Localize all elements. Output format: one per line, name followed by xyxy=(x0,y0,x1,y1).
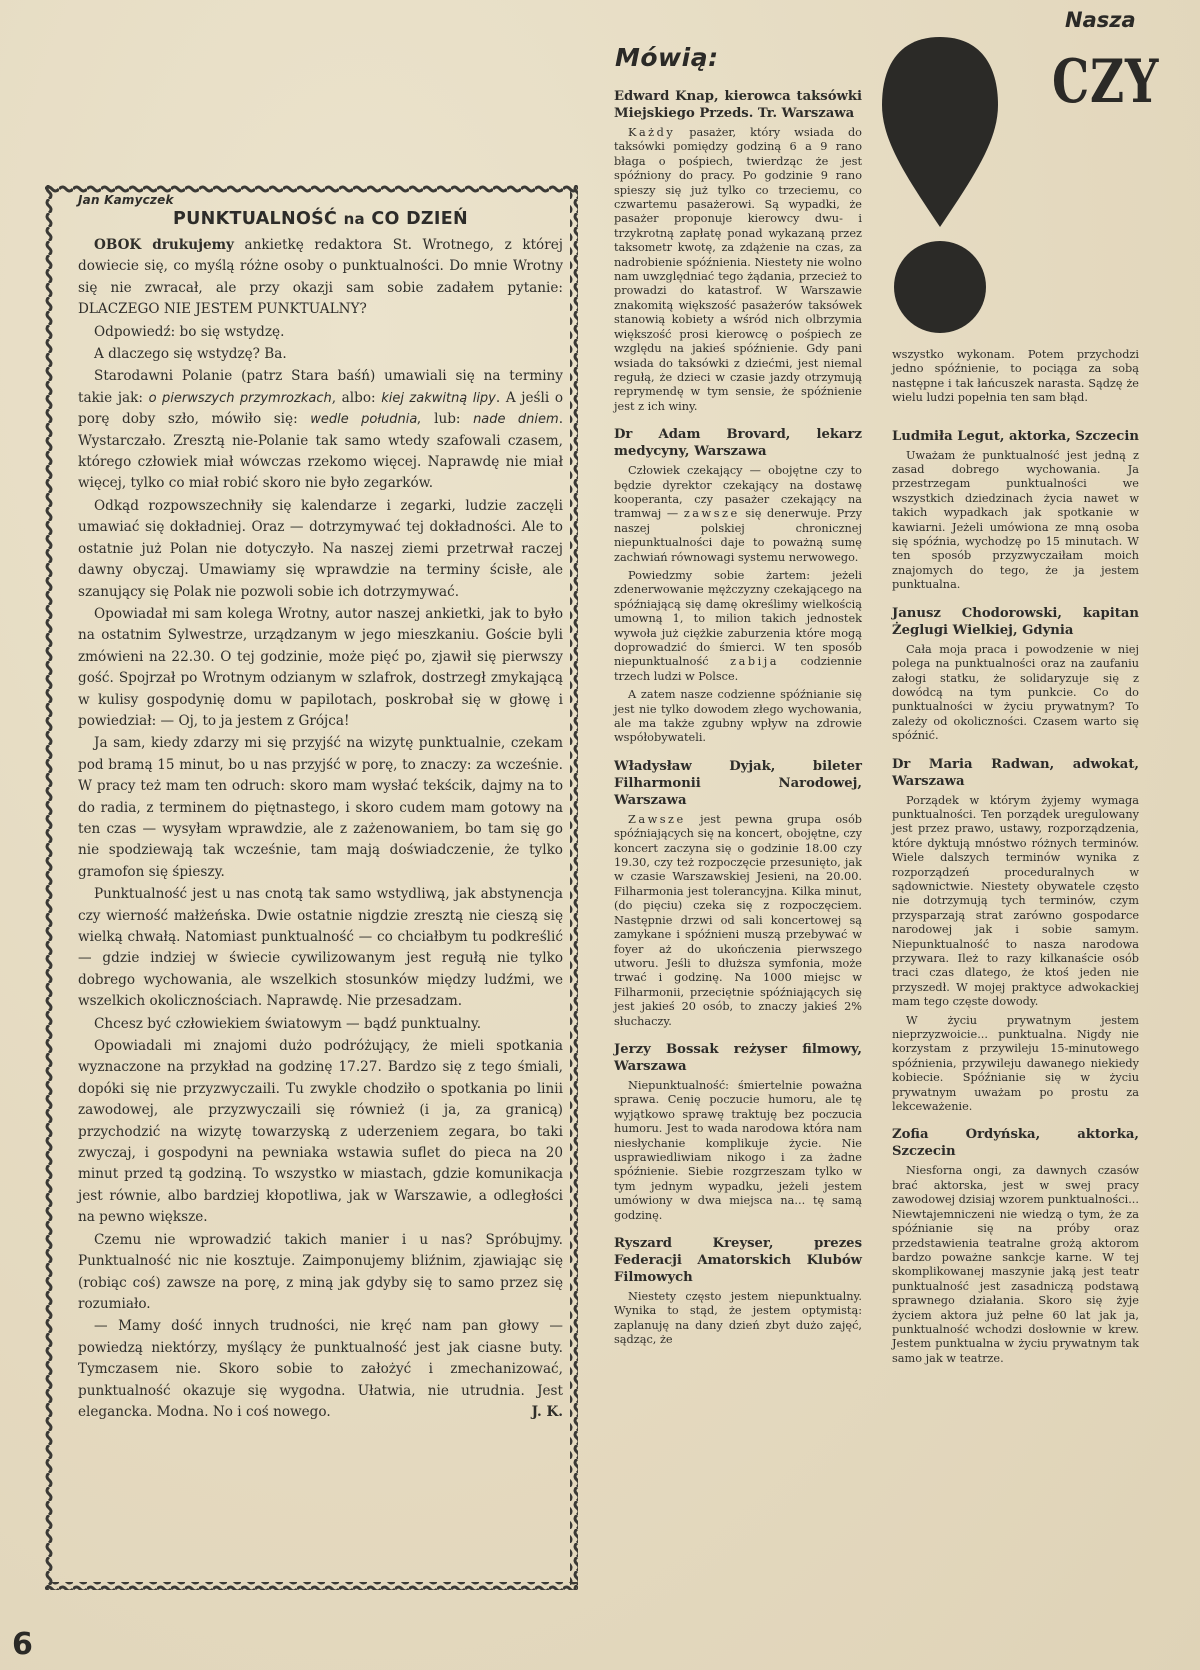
article-paragraph: Czemu nie wprowadzić takich manier i u n… xyxy=(78,1230,563,1316)
italic-phrase: wedle południa, xyxy=(310,412,421,427)
respondent-name: Zofia Ordyńska, aktorka, Szczecin xyxy=(892,1126,1139,1160)
respondent-answer: Uważam że punktualność jest jedną z zasa… xyxy=(892,449,1139,593)
article-paragraph: A dlaczego się wstydzę? Ba. xyxy=(78,344,563,365)
respondent-answer: Cała moja praca i powodzenie w niej pole… xyxy=(892,643,1139,744)
respondent-name: Ludmiła Legut, aktorka, Szczecin xyxy=(892,428,1139,445)
article-paragraph: Opowiadali mi znajomi dużo podróżujący, … xyxy=(78,1036,563,1229)
masthead-kicker: Nasza xyxy=(1065,8,1136,32)
article-signature: J. K. xyxy=(516,1402,563,1423)
article-paragraph: OBOK drukujemy ankietkę redaktora St. Wr… xyxy=(78,235,563,321)
respondent-name: Janusz Chodorowski, kapitan Żeglugi Wiel… xyxy=(892,605,1139,639)
answer-text: Powiedzmy sobie żartem: jeżeli zdenerwow… xyxy=(614,569,862,668)
exclamation-mark-icon xyxy=(880,35,1000,335)
spaced-word: zabija xyxy=(730,655,779,668)
respondent-answer: Niesforna ongi, za dawnych czasów brać a… xyxy=(892,1164,1139,1366)
italic-phrase: nade dniem xyxy=(473,412,559,427)
respondent-name: Edward Knap, kierowca taksówki Miejskieg… xyxy=(614,88,862,122)
respondent-answer: Niepunktualność: śmiertelnie poważna spr… xyxy=(614,1079,862,1223)
respondent-answer: A zatem nasze codzienne spóźnianie się j… xyxy=(614,688,862,746)
respondent-answer: Zawsze jest pewna grupa osób spóźniający… xyxy=(614,813,862,1029)
spaced-word: Każdy xyxy=(628,126,675,139)
respondent-name: Jerzy Bossak reżyser filmowy, Warszawa xyxy=(614,1041,862,1075)
article-box: Jan Kamyczek PUNKTUALNOŚĆ na CO DZIEŃ OB… xyxy=(45,185,578,1590)
article-title: PUNKTUALNOŚĆ na CO DZIEŃ xyxy=(78,209,563,229)
title-part: CO DZIEŃ xyxy=(371,209,468,229)
respondent-answer: Człowiek czekający — obojętne czy to będ… xyxy=(614,464,862,565)
italic-phrase: o pierwszych przymrozkach xyxy=(149,391,332,406)
respondent-answer: Niestety często jestem niepunktualny. Wy… xyxy=(614,1290,862,1348)
survey-column-middle: Edward Knap, kierowca taksówki Miejskieg… xyxy=(614,88,862,1348)
paragraph-text: , albo: xyxy=(332,390,382,406)
respondent-name: Ryszard Kreyser, prezes Federacji Amator… xyxy=(614,1235,862,1286)
title-part: PUNKTUALNOŚĆ xyxy=(173,209,337,229)
article-author: Jan Kamyczek xyxy=(78,193,563,207)
paragraph-text: lub: xyxy=(422,411,474,427)
article-paragraph: Opowiadał mi sam kolega Wrotny, autor na… xyxy=(78,604,563,732)
respondent-answer: Każdy pasażer, który wsiada do taksówki … xyxy=(614,126,862,414)
page-number: 6 xyxy=(12,1627,33,1662)
article-paragraph: Chcesz być człowiekiem światowym — bądź … xyxy=(78,1014,563,1035)
spaced-word: Zawsze xyxy=(628,813,686,826)
article-paragraph: — Mamy dość innych trudności, nie kręć n… xyxy=(78,1316,563,1423)
masthead-headline: CZY xyxy=(1052,52,1159,112)
article-paragraph: Odpowiedź: bo się wstydzę. xyxy=(78,322,563,343)
article-paragraph: Odkąd rozpowszechniły się kalendarze i z… xyxy=(78,496,563,603)
respondent-name: Władysław Dyjak, bileter Filharmonii Nar… xyxy=(614,758,862,809)
article-paragraph: Ja sam, kiedy zdarzy mi się przyjść na w… xyxy=(78,733,563,883)
respondent-answer: W życiu prywatnym jestem nieprzyzwoicie.… xyxy=(892,1014,1139,1115)
italic-phrase: kiej zakwitną lipy xyxy=(381,391,496,406)
respondent-name: Dr Maria Radwan, adwokat, Warszawa xyxy=(892,756,1139,790)
title-part: na xyxy=(344,210,365,228)
respondent-name: Dr Adam Brovard, lekarz medycyny, Warsza… xyxy=(614,426,862,460)
lead-bold: OBOK drukujemy xyxy=(94,237,234,253)
survey-column-right: wszystko wykonam. Potem przychodzi jedno… xyxy=(892,348,1139,1366)
answer-text: pasażer, który wsiada do taksówki pomięd… xyxy=(614,126,862,413)
answer-text: jest pewna grupa osób spóźniających się … xyxy=(614,813,862,1028)
survey-heading: Mówią: xyxy=(615,43,719,72)
article-paragraph: Starodawni Polanie (patrz Stara baśń) um… xyxy=(78,366,563,494)
article-paragraph: Punktualność jest u nas cnotą tak samo w… xyxy=(78,884,563,1012)
respondent-answer-continued: wszystko wykonam. Potem przychodzi jedno… xyxy=(892,348,1139,406)
spaced-word: zawsze xyxy=(684,507,740,520)
respondent-answer: Porządek w którym żyjemy wymaga punktual… xyxy=(892,794,1139,1010)
paragraph-text: — Mamy dość innych trudności, nie kręć n… xyxy=(78,1318,563,1420)
respondent-answer: Powiedzmy sobie żartem: jeżeli zdenerwow… xyxy=(614,569,862,684)
